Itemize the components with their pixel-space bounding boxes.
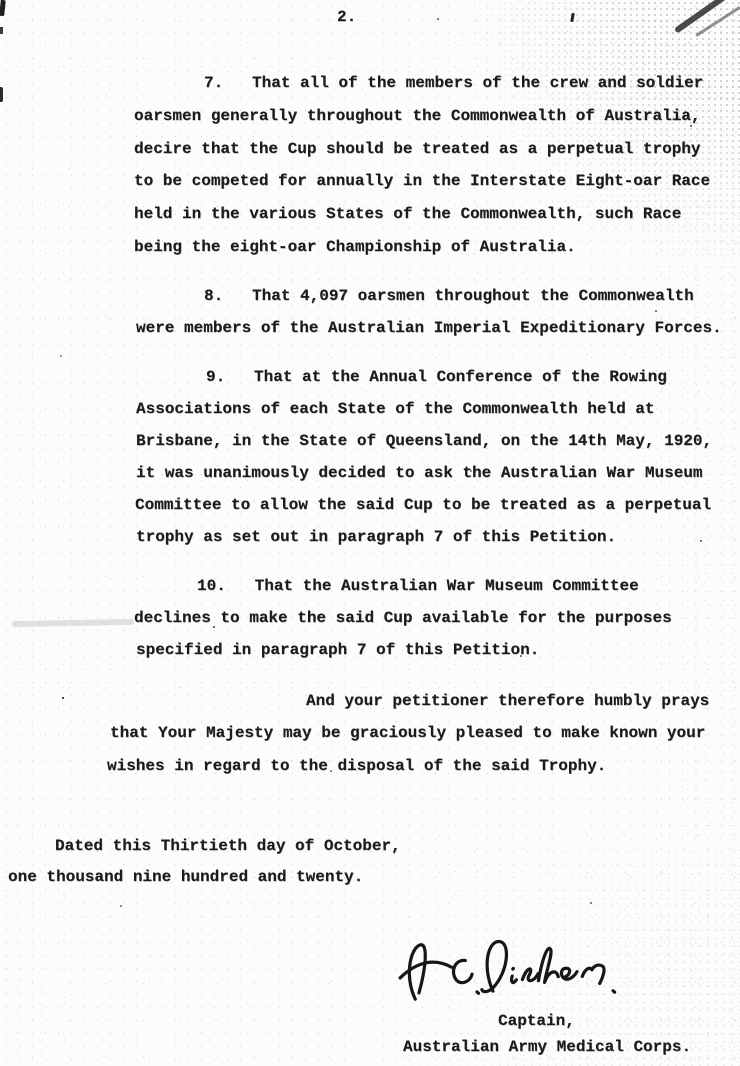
para9-line1: 9. That at the Annual Conference of the …: [206, 368, 667, 387]
para8-line2: were members of the Australian Imperial …: [136, 319, 722, 338]
para7-line1: 7. That all of the members of the crew a…: [204, 74, 703, 93]
scan-artifact-left-edge: [0, 27, 3, 34]
para9-line3: Brisbane, in the State of Queensland, on…: [136, 432, 712, 451]
faint-smudge: [12, 619, 134, 627]
date-line1: Dated this Thirtieth day of October,: [55, 837, 401, 856]
para9-line6: trophy as set out in paragraph 7 of this…: [136, 528, 616, 547]
para9-line2: Associations of each State of the Common…: [136, 400, 654, 419]
prayer-line3: wishes in regard to the disposal of the …: [107, 757, 606, 776]
ink-specks: [0, 0, 2, 2]
signature-unit: Australian Army Medical Corps.: [403, 1038, 691, 1057]
para7-line4: to be competed for annually in the Inter…: [134, 172, 710, 191]
scan-streak-top-right: [674, 0, 740, 34]
para10-line2: declines to make the said Cup available …: [134, 609, 672, 628]
prayer-line2: that Your Majesty may be graciously plea…: [110, 724, 705, 743]
para10-line3: specified in paragraph 7 of this Petitio…: [136, 641, 539, 660]
page-number: 2.: [337, 8, 356, 27]
signature-name-text: H.C.Disher.: [0, 0, 1, 1]
para9-line4: it was unanimously decided to ask the Au…: [136, 464, 703, 483]
stray-ink-tick: [570, 13, 575, 22]
scanned-petition-page: 2. 7. That all of the members of the cre…: [0, 0, 740, 1066]
para7-line6: being the eight-oar Championship of Aust…: [134, 238, 576, 257]
scan-artifact-left-edge-2: [0, 87, 3, 102]
para10-line1: 10. That the Australian War Museum Commi…: [197, 577, 639, 596]
para9-line5: Committee to allow the said Cup to be tr…: [135, 496, 711, 515]
prayer-line1: And your petitioner therefore humbly pra…: [306, 692, 709, 711]
signature-rank: Captain,: [498, 1012, 575, 1031]
para7-line3: decire that the Cup should be treated as…: [134, 140, 701, 159]
para8-line1: 8. That 4,097 oarsmen throughout the Com…: [204, 287, 694, 306]
date-line2: one thousand nine hundred and twenty.: [8, 868, 363, 887]
scan-artifact-top-left: [0, 0, 6, 16]
scan-streak-top-right-2: [695, 6, 740, 37]
signature-autograph: [394, 924, 633, 1021]
para7-line5: held in the various States of the Common…: [134, 205, 681, 224]
para7-line2: oarsmen generally throughout the Commonw…: [134, 107, 701, 126]
